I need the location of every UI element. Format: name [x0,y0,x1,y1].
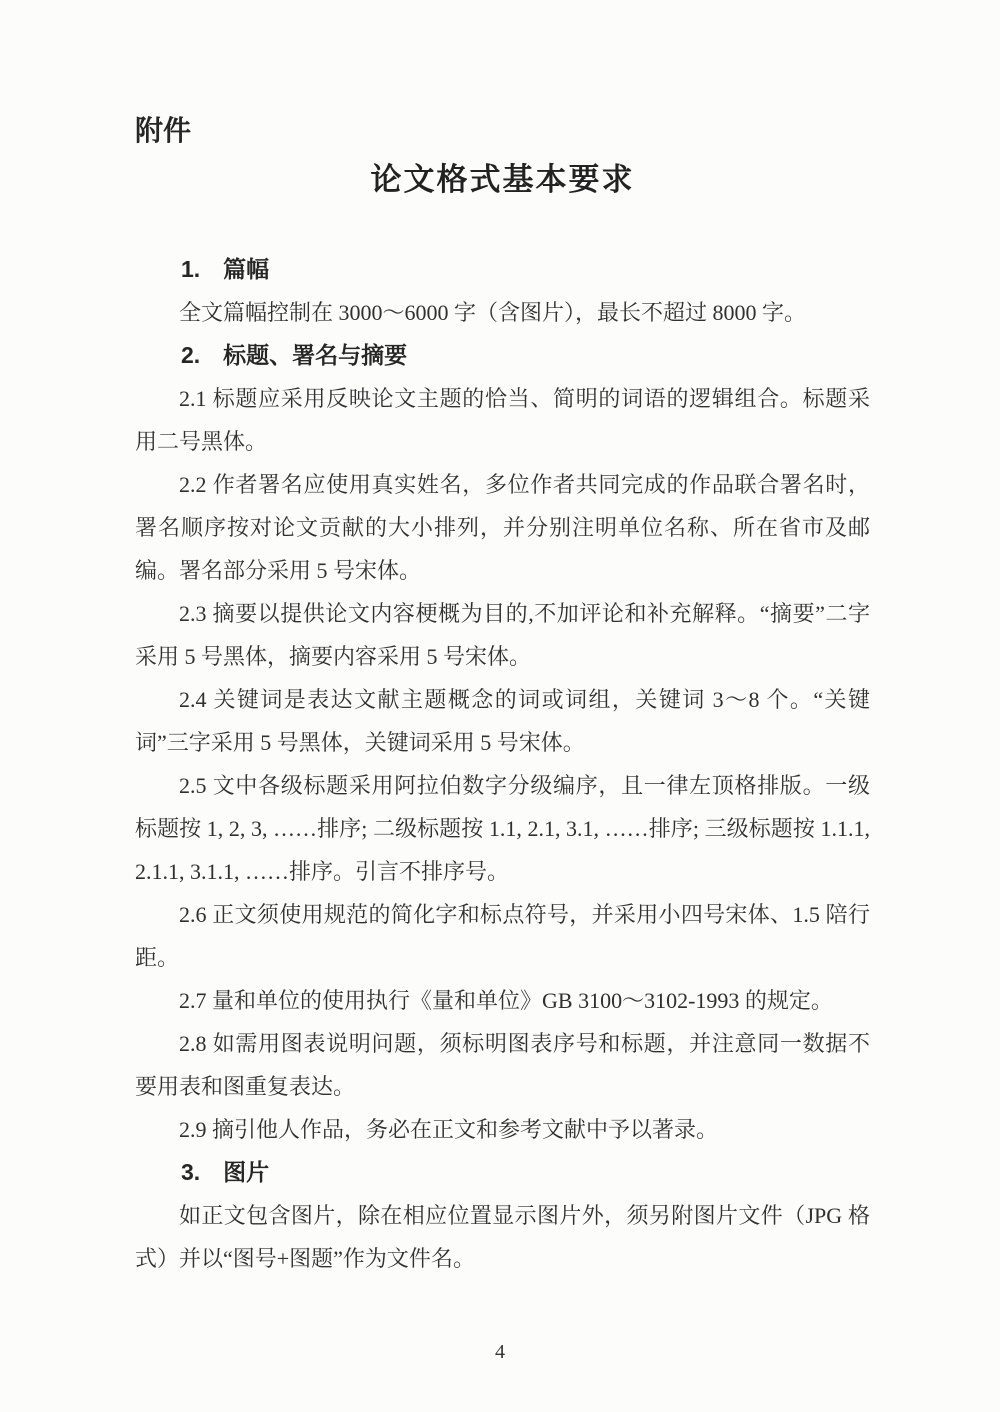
paragraph-2-2: 2.2 作者署名应使用真实姓名，多位作者共同完成的作品联合署名时，署名顺序按对论… [135,463,870,592]
paragraph-2-7: 2.7 量和单位的使用执行《量和单位》GB 3100～3102-1993 的规定… [135,979,870,1022]
paragraph-2-4: 2.4 关键词是表达文献主题概念的词或词组，关键词 3～8 个。“关键词”三字采… [135,678,870,764]
document-body: 1. 篇幅 全文篇幅控制在 3000～6000 字（含图片），最长不超过 800… [135,248,870,1280]
attachment-label: 附件 [135,110,870,152]
page-number: 4 [0,1341,1000,1364]
section-heading-images: 3. 图片 [135,1151,870,1194]
paragraph-2-5: 2.5 文中各级标题采用阿拉伯数字分级编序，且一律左顶格排版。一级标题按 1, … [135,764,870,893]
paragraph-images: 如正文包含图片，除在相应位置显示图片外，须另附图片文件（JPG 格式）并以“图号… [135,1194,870,1280]
section-heading-length: 1. 篇幅 [135,248,870,291]
paragraph-length: 全文篇幅控制在 3000～6000 字（含图片），最长不超过 8000 字。 [135,291,870,334]
document-page: 附件 论文格式基本要求 1. 篇幅 全文篇幅控制在 3000～6000 字（含图… [0,0,1000,1412]
paragraph-2-8: 2.8 如需用图表说明问题，须标明图表序号和标题，并注意同一数据不要用表和图重复… [135,1022,870,1108]
section-heading-title-signature-abstract: 2. 标题、署名与摘要 [135,334,870,377]
paragraph-2-1: 2.1 标题应采用反映论文主题的恰当、简明的词语的逻辑组合。标题采用二号黑体。 [135,377,870,463]
document-title: 论文格式基本要求 [135,158,870,202]
paragraph-2-6: 2.6 正文须使用规范的简化字和标点符号，并采用小四号宋体、1.5 陪行距。 [135,893,870,979]
paragraph-2-9: 2.9 摘引他人作品，务必在正文和参考文献中予以著录。 [135,1108,870,1151]
paragraph-2-3: 2.3 摘要以提供论文内容梗概为目的,不加评论和补充解释。“摘要”二字采用 5 … [135,592,870,678]
